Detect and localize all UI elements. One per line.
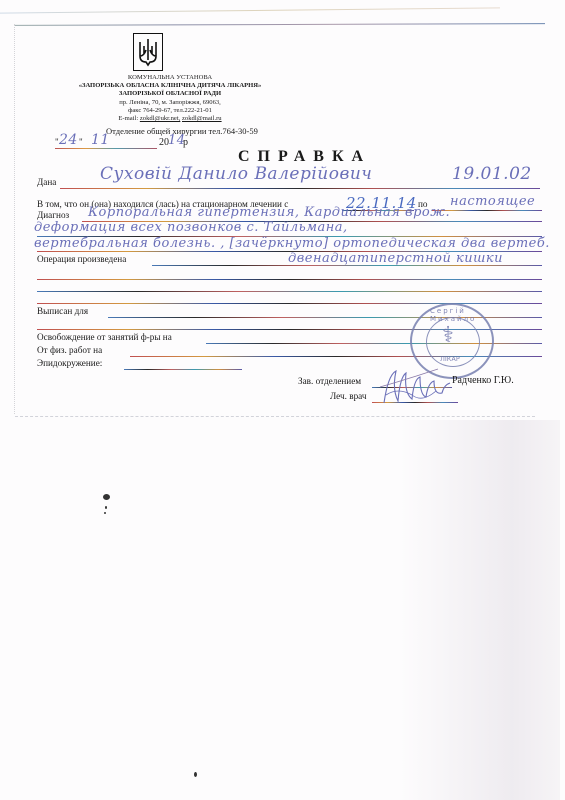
diagnosis-text-3[interactable]: вертебральная болезнь. , [зачёркнуто] ор… <box>34 236 550 251</box>
operation-line-4 <box>37 303 542 304</box>
org-email: E-mail: zokdl@ukr.net, zokdl@mail.ru <box>40 115 300 123</box>
date-month: 11 <box>91 132 110 148</box>
org-address: пр. Леніна, 70, м. Запоріжжя, 69063, <box>40 99 300 107</box>
diagnosis-text-1[interactable]: Корпоральная гипертензия, Кардиальная вр… <box>88 205 450 220</box>
operation-line-2 <box>37 279 542 280</box>
ink-speck <box>194 772 197 777</box>
birth-date-value[interactable]: 19.01.02 <box>452 164 532 184</box>
ink-speck <box>104 512 106 514</box>
form-left-border <box>14 24 16 414</box>
date-close-quote: " <box>79 137 83 147</box>
diagnosis-label: Диагноз <box>37 210 69 220</box>
ink-speck <box>103 494 110 500</box>
pe-exempt-label: Освобождение от занятий ф-ры на <box>37 332 172 342</box>
doctor-label: Леч. врач <box>330 391 367 401</box>
issued-to-label: Дана <box>37 177 56 187</box>
diagnosis-text-4[interactable]: двенадцатиперстной кишки <box>288 251 503 266</box>
snake-bowl-icon: ⚕ <box>442 323 454 348</box>
scan-shadow <box>400 420 560 800</box>
issued-to-value[interactable]: Суховій Данило Валерійович <box>100 164 372 184</box>
operation-label: Операция произведена <box>37 254 126 264</box>
email-link-1[interactable]: zokdl@ukr.net, <box>140 115 181 122</box>
stay-to-value[interactable]: настоящее <box>450 194 535 209</box>
email-link-2[interactable]: zokdl@mail.ru <box>182 115 222 122</box>
head-name: Радченко Г.Ю. <box>452 375 514 386</box>
form-top-border <box>15 23 545 26</box>
date-day: 24 <box>59 132 78 148</box>
date-suffix: р <box>183 137 188 148</box>
form-cut-line <box>15 416 535 418</box>
issued-to-line <box>60 188 540 189</box>
org-name: «ЗАПОРІЗЬКА ОБЛАСНА КЛІНІЧНА ДИТЯЧА ЛІКА… <box>40 82 300 90</box>
org-phones: факс 764-29-67, тел.222-21-01 <box>40 107 300 115</box>
date-underline <box>55 148 157 149</box>
signature-scribble <box>378 365 458 407</box>
stamp-top-text: Сергій Михайло <box>430 307 492 323</box>
diagnosis-text-2[interactable]: деформация всех позвонков с. Тайльмана, <box>34 220 348 235</box>
trident-emblem-icon <box>133 33 163 71</box>
ink-speck <box>105 506 107 509</box>
epid-label: Эпидокружение: <box>37 358 102 368</box>
org-type: КОМУНАЛЬНА УСТАНОВА <box>40 74 300 82</box>
head-label: Зав. отделением <box>298 376 361 386</box>
operation-line-1 <box>152 265 542 266</box>
discharged-label: Выписан для <box>37 306 88 316</box>
email-label: E-mail: <box>118 115 138 122</box>
scan-edge <box>0 7 500 13</box>
operation-line-3 <box>37 291 542 292</box>
org-council: ЗАПОРІЗЬКОЇ ОБЛАСНОЇ РАДИ <box>40 90 300 98</box>
stamp-bottom-text: ЛІКАР <box>440 355 460 363</box>
phys-work-label: От физ. работ на <box>37 345 102 355</box>
epid-line <box>124 369 242 370</box>
